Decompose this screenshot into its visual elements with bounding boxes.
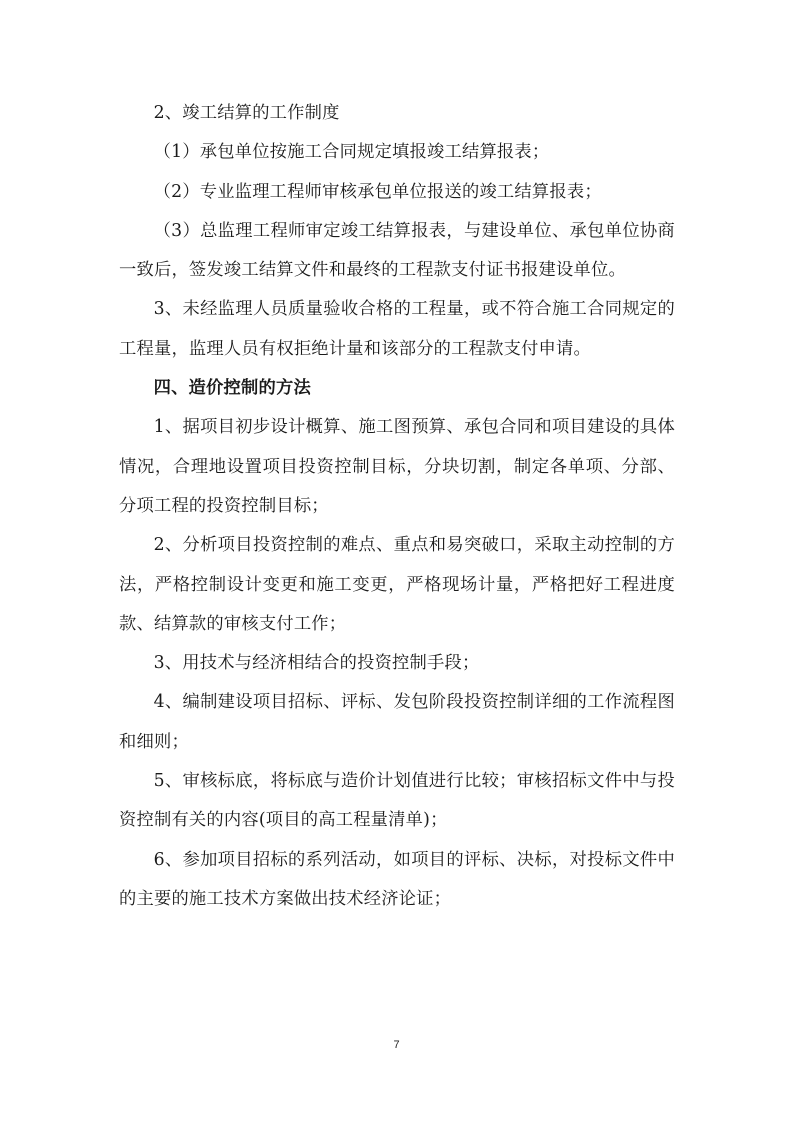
paragraph-method-2: 2、分析项目投资控制的难点、重点和易突破口，采取主动控制的方法，严格控制设计变更… <box>119 526 675 644</box>
paragraph-method-3: 3、用技术与经济相结合的投资控制手段； <box>119 644 675 683</box>
section-heading: 四、造价控制的方法 <box>119 369 675 408</box>
paragraph-method-1: 1、据项目初步设计概算、施工图预算、承包合同和项目建设的具体情况，合理地设置项目… <box>119 408 675 526</box>
paragraph-point-3: 3、未经监理人员质量验收合格的工程量，或不符合施工合同规定的工程量，监理人员有权… <box>119 290 675 369</box>
paragraph-method-6: 6、参加项目招标的系列活动，如项目的评标、决标，对投标文件中的主要的施工技术方案… <box>119 841 675 920</box>
paragraph-item-2: （2）专业监理工程师审核承包单位报送的竣工结算报表； <box>119 173 675 212</box>
paragraph-item-3: （3）总监理工程师审定竣工结算报表，与建设单位、承包单位协商一致后，签发竣工结算… <box>119 212 675 291</box>
paragraph-method-4: 4、编制建设项目招标、评标、发包阶段投资控制详细的工作流程图和细则； <box>119 683 675 762</box>
page-number: 7 <box>0 1039 793 1051</box>
paragraph-item-1: （1）承包单位按施工合同规定填报竣工结算报表； <box>119 133 675 172</box>
document-page: 2、竣工结算的工作制度 （1）承包单位按施工合同规定填报竣工结算报表； （2）专… <box>119 94 675 919</box>
paragraph-completion-settlement-system: 2、竣工结算的工作制度 <box>119 94 675 133</box>
paragraph-method-5: 5、审核标底，将标底与造价计划值进行比较；审核招标文件中与投资控制有关的内容(项… <box>119 762 675 841</box>
